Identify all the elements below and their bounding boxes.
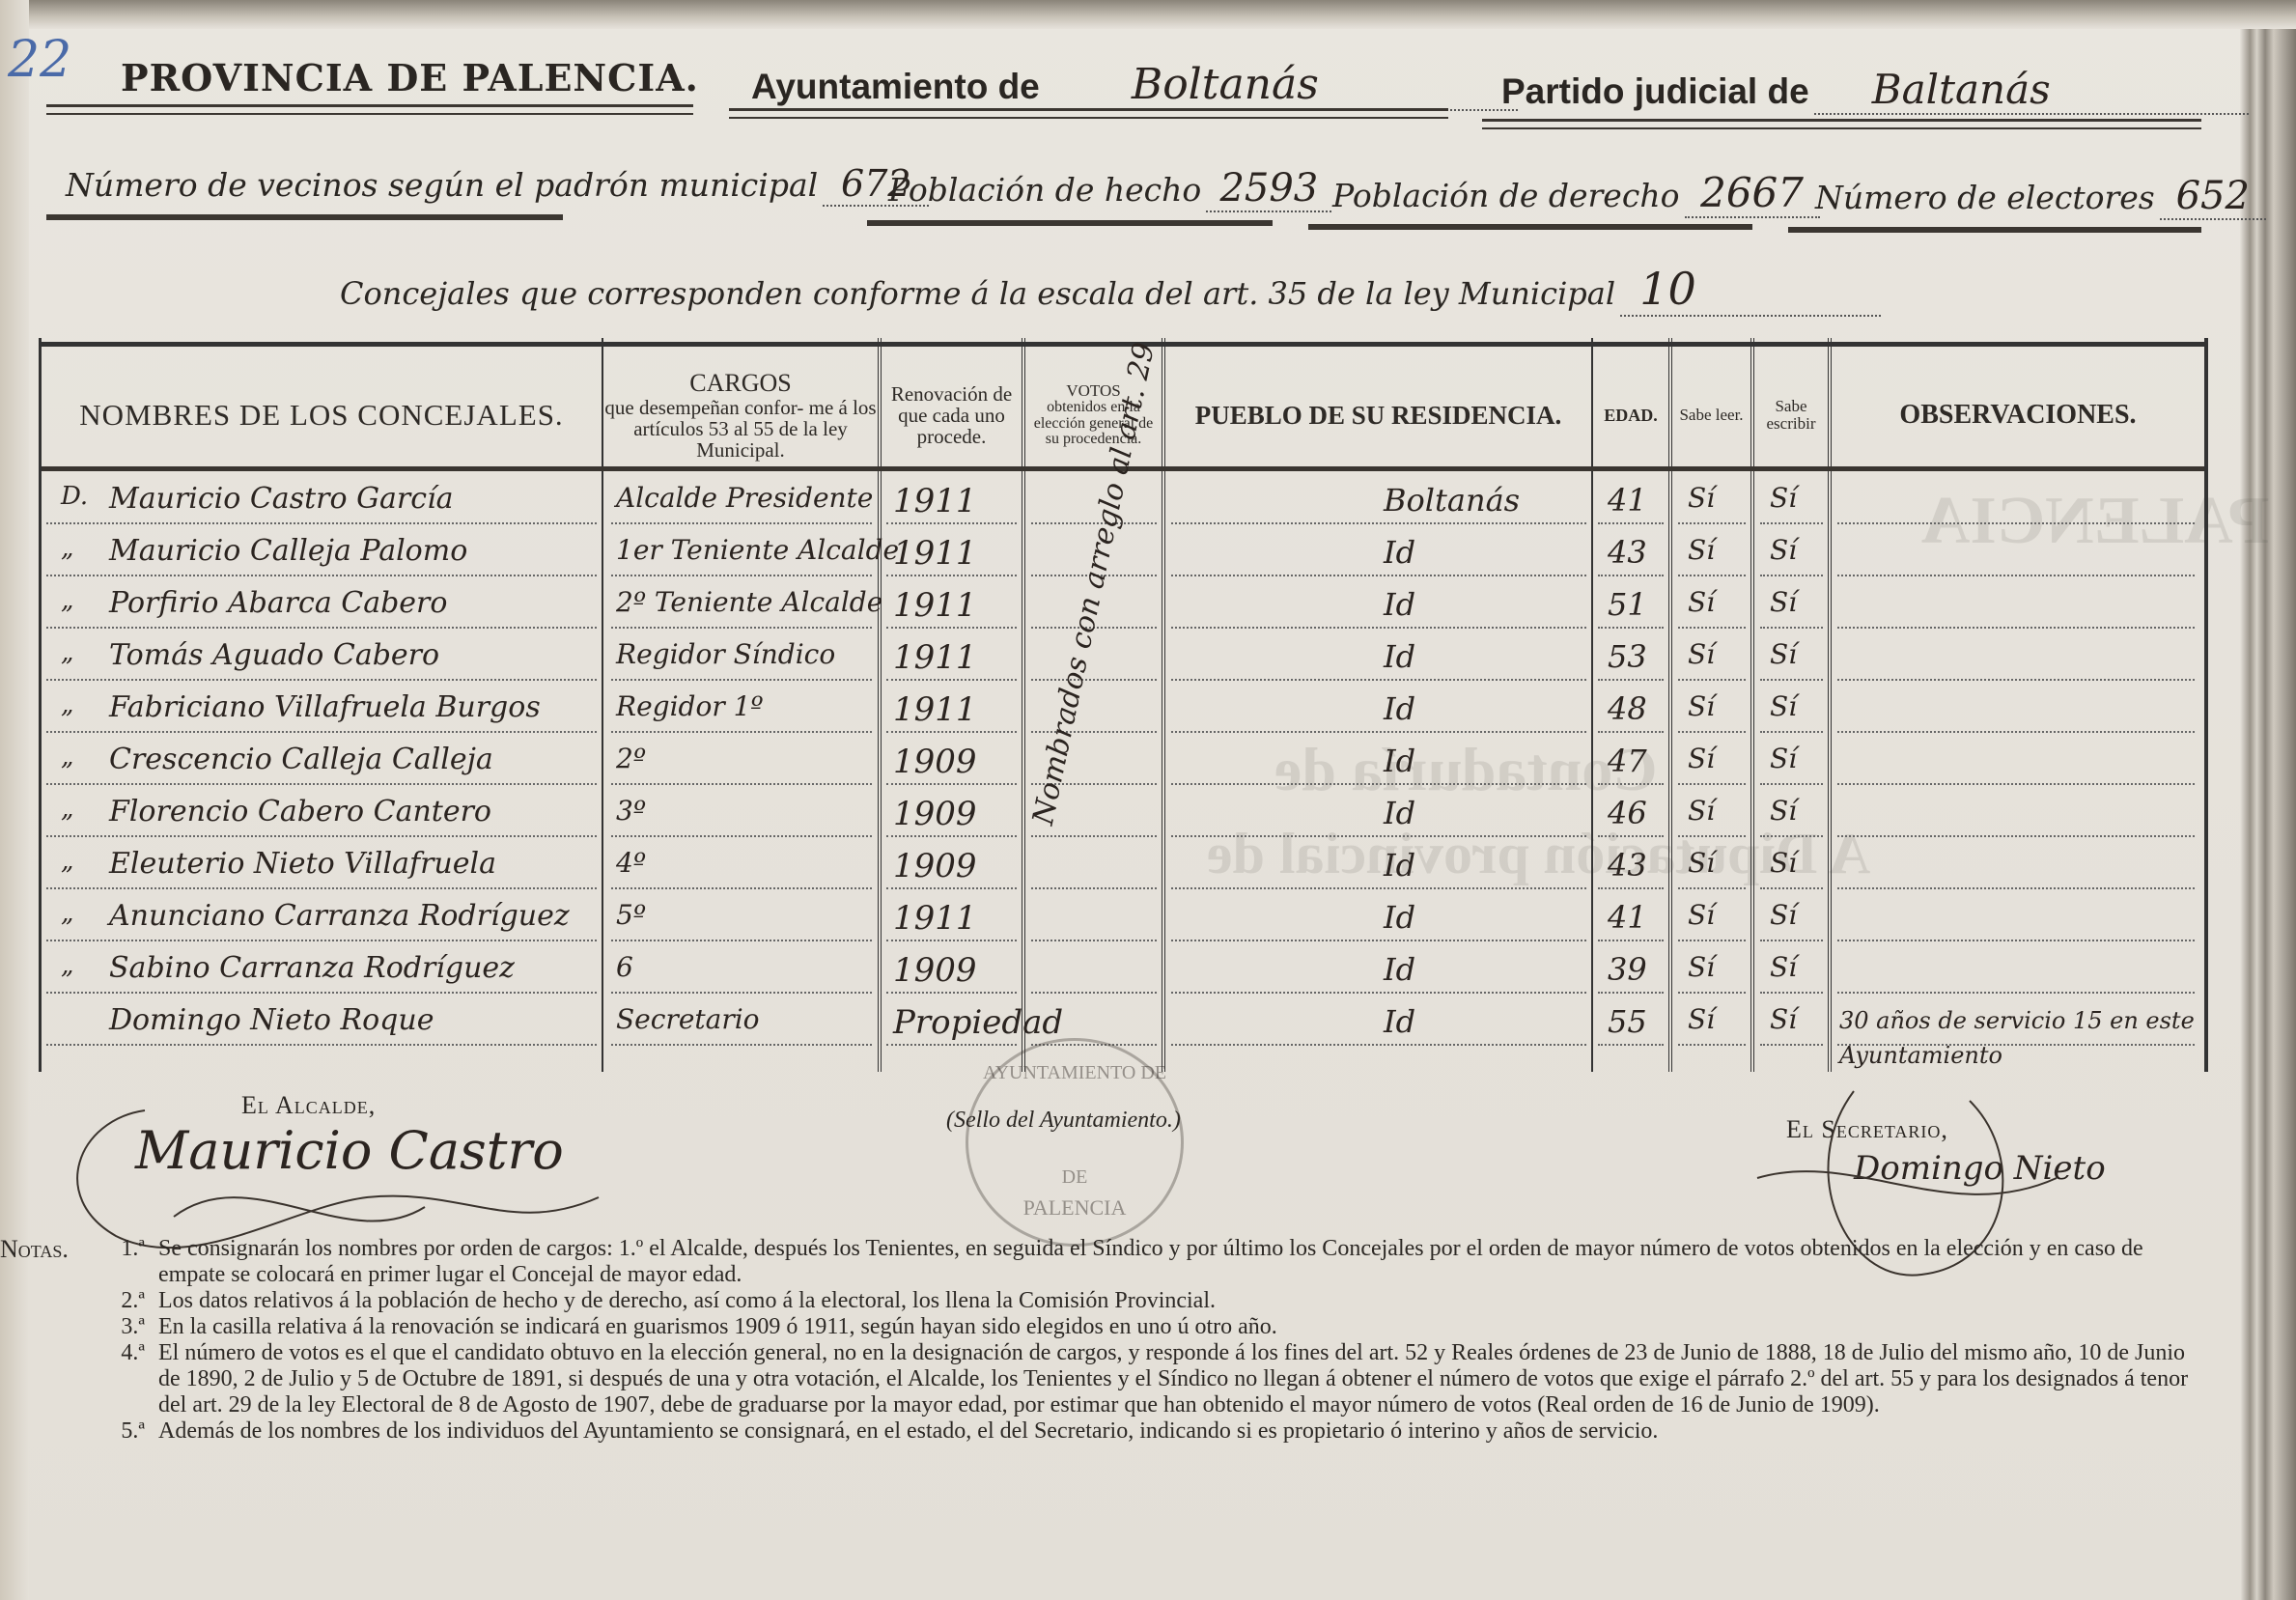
column-divider	[2204, 338, 2208, 1072]
row-dotted-line	[1837, 522, 2195, 524]
councillor-sabe-escribir: Sí	[1770, 638, 1797, 670]
councillor-pueblo: Id	[1384, 743, 1415, 779]
councillor-name: Porfirio Abarca Cabero	[109, 586, 447, 620]
row-dotted-line	[611, 522, 872, 524]
note-text: Se consignarán los nombres por orden de …	[158, 1236, 2211, 1288]
councillor-sabe-leer: Sí	[1688, 951, 1715, 983]
row-dotted-line	[886, 835, 1017, 837]
row-dotted-line	[46, 522, 597, 524]
row-dotted-line	[611, 940, 872, 941]
row-dotted-line	[1598, 887, 1664, 889]
councillor-sabe-leer: Sí	[1688, 899, 1715, 931]
row-dotted-line	[1171, 835, 1586, 837]
partido-judicial-field: Partido judicial de Baltanás	[1501, 66, 2249, 115]
councillor-cargo: Secretario	[616, 1003, 760, 1035]
derecho-label: Población de derecho	[1332, 177, 1679, 214]
councillor-sabe-escribir: Sí	[1770, 1003, 1797, 1035]
councillor-pueblo: Id	[1384, 951, 1415, 988]
cargos-subtitle: que desempeñan confor- me á los artículo…	[603, 397, 878, 461]
row-dotted-line	[1598, 1044, 1664, 1046]
councillor-cargo: 1er Teniente Alcalde	[616, 534, 899, 566]
row-dotted-line	[1837, 835, 2195, 837]
row-dotted-line	[1760, 679, 1823, 681]
row-dotted-line	[1171, 731, 1586, 733]
councillor-edad: 53	[1608, 638, 1647, 675]
row-dotted-line	[611, 992, 872, 994]
row-dotted-line	[886, 783, 1017, 785]
councillor-name: Mauricio Castro García	[109, 482, 454, 516]
row-dotted-line	[611, 731, 872, 733]
derecho-value: 2667	[1685, 169, 1820, 218]
councillor-cargo: 2º Teniente Alcalde	[616, 586, 882, 618]
row-dotted-line	[1837, 992, 2195, 994]
row-dotted-line	[1171, 1044, 1586, 1046]
councillor-pueblo: Id	[1384, 1003, 1415, 1040]
book-top-edge	[0, 0, 2296, 29]
councillor-renovacion: 1909	[893, 951, 977, 990]
row-dotted-line	[46, 679, 597, 681]
note-item: 4.ªEl número de votos es el que el candi…	[58, 1340, 2211, 1418]
row-dotted-line	[1031, 679, 1157, 681]
row-dotted-line	[1678, 679, 1746, 681]
councillor-sabe-escribir: Sí	[1770, 690, 1797, 722]
councillor-sabe-leer: Sí	[1688, 743, 1715, 774]
notes-section: Notas. 1.ªSe consignarán los nombres por…	[58, 1236, 2211, 1445]
councillor-name: Tomás Aguado Cabero	[109, 638, 439, 672]
councillor-sabe-escribir: Sí	[1770, 586, 1797, 618]
row-dotted-line	[1678, 1044, 1746, 1046]
row-dotted-line	[1678, 887, 1746, 889]
row-prefix: „	[61, 899, 73, 928]
row-dotted-line	[886, 1044, 1017, 1046]
row-dotted-line	[886, 522, 1017, 524]
councillor-pueblo: Id	[1384, 795, 1415, 831]
book-page-edges	[2240, 29, 2296, 1600]
councillor-renovacion: Propiedad	[893, 1003, 1063, 1042]
row-dotted-line	[1760, 940, 1823, 941]
row-dotted-line	[1598, 679, 1664, 681]
row-dotted-line	[886, 575, 1017, 576]
row-dotted-line	[1760, 731, 1823, 733]
row-dotted-line	[611, 627, 872, 629]
row-dotted-line	[1678, 835, 1746, 837]
row-dotted-line	[1171, 992, 1586, 994]
councillor-edad: 41	[1608, 482, 1647, 519]
councillor-pueblo: Id	[1384, 586, 1415, 623]
councillor-edad: 51	[1608, 586, 1647, 623]
row-dotted-line	[886, 731, 1017, 733]
row-prefix: „	[61, 638, 73, 667]
stamp-text-mid: DE	[968, 1166, 1181, 1189]
row-dotted-line	[1678, 940, 1746, 941]
note-number: 4.ª	[58, 1340, 158, 1418]
row-dotted-line	[1678, 575, 1746, 576]
councillor-sabe-leer: Sí	[1688, 847, 1715, 879]
councillor-edad: 47	[1608, 743, 1647, 779]
row-dotted-line	[1598, 575, 1664, 576]
councillor-renovacion: 1911	[893, 690, 977, 729]
header-observaciones: OBSERVACIONES.	[1832, 357, 2204, 473]
row-prefix: „	[61, 847, 73, 876]
row-dotted-line	[611, 835, 872, 837]
row-dotted-line	[1837, 679, 2195, 681]
partido-label: Partido judicial de	[1501, 71, 1809, 111]
councillor-name: Domingo Nieto Roque	[109, 1003, 434, 1037]
stamp-text-bottom: PALENCIA	[968, 1195, 1181, 1221]
councillor-sabe-escribir: Sí	[1770, 795, 1797, 827]
row-prefix: „	[61, 951, 73, 980]
councillor-cargo: 3º	[616, 795, 646, 827]
header-nombres: NOMBRES DE LOS CONCEJALES.	[42, 357, 602, 473]
councillor-sabe-leer: Sí	[1688, 1003, 1715, 1035]
vecinos-label: Número de vecinos según el padrón munici…	[66, 166, 818, 204]
header-sabe-escribir: Sabe escribir	[1754, 357, 1828, 473]
header-rule	[729, 108, 1448, 119]
row-dotted-line	[1837, 575, 2195, 576]
poblacion-hecho-field: Población de hecho 2593	[888, 166, 1331, 212]
note-item: 2.ªLos datos relativos á la población de…	[58, 1288, 2211, 1314]
row-prefix: D.	[61, 482, 88, 511]
councillor-cargo: 4º	[616, 847, 646, 879]
councillor-sabe-leer: Sí	[1688, 482, 1715, 514]
stamp-text-top: AYUNTAMIENTO DE	[968, 1062, 1181, 1084]
row-dotted-line	[611, 1044, 872, 1046]
cargos-title: CARGOS	[689, 370, 791, 396]
councillor-sabe-leer: Sí	[1688, 586, 1715, 618]
note-text: El número de votos es el que el candidat…	[158, 1340, 2211, 1418]
councillor-edad: 55	[1608, 1003, 1647, 1040]
partido-value: Baltanás	[1814, 66, 2249, 115]
councillor-cargo: 2º	[616, 743, 646, 774]
councillor-sabe-escribir: Sí	[1770, 743, 1797, 774]
councillor-cargo: Regidor 1º	[616, 690, 764, 722]
councillor-cargo: 6	[616, 951, 633, 983]
councillor-renovacion: 1909	[893, 795, 977, 833]
note-item: 5.ªAdemás de los nombres de los individu…	[58, 1418, 2211, 1445]
header-rule	[1482, 119, 2201, 129]
votos-title: VOTOS	[1066, 382, 1120, 400]
row-dotted-line	[1837, 627, 2195, 629]
row-dotted-line	[1598, 992, 1664, 994]
row-dotted-line	[1760, 992, 1823, 994]
councillor-name: Mauricio Calleja Palomo	[109, 534, 467, 568]
row-dotted-line	[46, 940, 597, 941]
note-text: En la casilla relativa á la renovación s…	[158, 1314, 2211, 1340]
row-dotted-line	[1598, 627, 1664, 629]
councillor-pueblo: Id	[1384, 534, 1415, 571]
row-dotted-line	[1837, 940, 2195, 941]
row-dotted-line	[886, 992, 1017, 994]
councillor-sabe-leer: Sí	[1688, 534, 1715, 566]
row-dotted-line	[1678, 627, 1746, 629]
row-prefix: „	[61, 586, 73, 615]
province-title: PROVINCIA DE PALENCIA.	[121, 56, 699, 99]
row-dotted-line	[611, 783, 872, 785]
hecho-label: Población de hecho	[888, 171, 1201, 209]
row-prefix: „	[61, 690, 73, 719]
header-cargos: CARGOS que desempeñan confor- me á los a…	[603, 357, 878, 473]
row-dotted-line	[46, 887, 597, 889]
stats-rule	[1788, 227, 2201, 233]
electores-label: Número de electores	[1815, 179, 2155, 216]
row-dotted-line	[1678, 783, 1746, 785]
councillor-renovacion: 1911	[893, 899, 977, 938]
row-dotted-line	[886, 627, 1017, 629]
councillor-edad: 39	[1608, 951, 1647, 988]
councillor-pueblo: Id	[1384, 638, 1415, 675]
header-edad: EDAD.	[1593, 357, 1668, 473]
notes-label: Notas.	[0, 1236, 135, 1262]
row-dotted-line	[1171, 679, 1586, 681]
row-dotted-line	[1598, 835, 1664, 837]
councillor-renovacion: 1911	[893, 638, 977, 677]
councillor-renovacion: 1911	[893, 586, 977, 625]
row-dotted-line	[1837, 783, 2195, 785]
councillor-sabe-escribir: Sí	[1770, 534, 1797, 566]
row-dotted-line	[1031, 940, 1157, 941]
councillor-pueblo: Boltanás	[1384, 482, 1520, 519]
row-dotted-line	[46, 783, 597, 785]
row-dotted-line	[1598, 783, 1664, 785]
row-dotted-line	[1837, 887, 2195, 889]
row-dotted-line	[46, 835, 597, 837]
councillor-name: Anunciano Carranza Rodríguez	[109, 899, 570, 933]
councillor-sabe-escribir: Sí	[1770, 482, 1797, 514]
note-number: 2.ª	[58, 1288, 158, 1314]
row-dotted-line	[1760, 627, 1823, 629]
poblacion-derecho-field: Población de derecho 2667	[1332, 169, 1820, 218]
row-dotted-line	[1171, 940, 1586, 941]
councillor-pueblo: Id	[1384, 899, 1415, 936]
row-dotted-line	[1760, 835, 1823, 837]
councillor-pueblo: Id	[1384, 690, 1415, 727]
row-dotted-line	[46, 992, 597, 994]
concejales-table: NOMBRES DE LOS CONCEJALES. CARGOS que de…	[39, 338, 2204, 1072]
row-dotted-line	[1678, 992, 1746, 994]
row-dotted-line	[1171, 522, 1586, 524]
note-item: 1.ªSe consignarán los nombres por orden …	[58, 1236, 2211, 1288]
table-top-rule	[42, 342, 2204, 347]
concejales-count-field: Concejales que corresponden conforme á l…	[340, 263, 1881, 317]
row-prefix: „	[61, 795, 73, 824]
stats-rule	[46, 214, 563, 220]
row-dotted-line	[1760, 887, 1823, 889]
header-pueblo: PUEBLO DE SU RESIDENCIA.	[1165, 357, 1591, 473]
row-dotted-line	[1171, 627, 1586, 629]
book-binding	[0, 0, 29, 1600]
row-dotted-line	[1760, 783, 1823, 785]
row-dotted-line	[1678, 731, 1746, 733]
councillor-edad: 41	[1608, 899, 1647, 936]
row-dotted-line	[611, 679, 872, 681]
row-dotted-line	[1598, 940, 1664, 941]
councillor-sabe-leer: Sí	[1688, 690, 1715, 722]
stats-rule	[867, 220, 1273, 226]
row-dotted-line	[886, 679, 1017, 681]
note-number: 3.ª	[58, 1314, 158, 1340]
councillor-name: Crescencio Calleja Calleja	[109, 743, 493, 776]
concejales-label: Concejales que corresponden conforme á l…	[340, 275, 1615, 312]
note-item: 3.ªEn la casilla relativa á la renovació…	[58, 1314, 2211, 1340]
councillor-sabe-escribir: Sí	[1770, 951, 1797, 983]
row-prefix: „	[61, 534, 73, 563]
row-dotted-line	[1171, 887, 1586, 889]
row-dotted-line	[1171, 575, 1586, 576]
note-text: Los datos relativos á la población de he…	[158, 1288, 2211, 1314]
row-prefix: „	[61, 743, 73, 772]
councillor-pueblo: Id	[1384, 847, 1415, 884]
row-dotted-line	[611, 887, 872, 889]
councillor-cargo: Alcalde Presidente	[616, 482, 873, 514]
councillor-name: Florencio Cabero Cantero	[109, 795, 491, 828]
row-dotted-line	[1837, 731, 2195, 733]
vecinos-field: Número de vecinos según el padrón munici…	[66, 162, 929, 207]
councillor-sabe-leer: Sí	[1688, 638, 1715, 670]
councillor-renovacion: 1909	[893, 847, 977, 885]
councillor-sabe-leer: Sí	[1688, 795, 1715, 827]
councillor-edad: 48	[1608, 690, 1647, 727]
row-dotted-line	[1031, 992, 1157, 994]
hecho-value: 2593	[1206, 166, 1331, 212]
councillor-cargo: 5º	[616, 899, 646, 931]
row-dotted-line	[46, 575, 597, 576]
councillor-renovacion: 1911	[893, 482, 977, 520]
councillor-renovacion: 1909	[893, 743, 977, 781]
header-renovacion: Renovación de que cada uno procede.	[882, 357, 1022, 473]
concejales-value: 10	[1620, 263, 1881, 317]
row-dotted-line	[46, 627, 597, 629]
ayuntamiento-value: Boltanás	[1045, 60, 1518, 111]
row-dotted-line	[46, 731, 597, 733]
header-rule	[46, 104, 693, 115]
notes-list: 1.ªSe consignarán los nombres por orden …	[58, 1236, 2211, 1445]
row-dotted-line	[611, 575, 872, 576]
councillor-edad: 43	[1608, 534, 1647, 571]
councillor-name: Eleuterio Nieto Villafruela	[109, 847, 496, 881]
councillor-cargo: Regidor Síndico	[616, 638, 835, 670]
row-dotted-line	[886, 887, 1017, 889]
councillor-edad: 46	[1608, 795, 1647, 831]
document-page: PALENCIA Contaduría de A Diputación prov…	[0, 0, 2296, 1600]
ayuntamiento-label: Ayuntamiento de	[751, 67, 1040, 106]
row-dotted-line	[886, 940, 1017, 941]
row-dotted-line	[1171, 783, 1586, 785]
row-dotted-line	[46, 1044, 597, 1046]
ayuntamiento-field: Ayuntamiento de Boltanás	[751, 60, 1518, 111]
electores-value: 652	[2160, 174, 2266, 220]
row-dotted-line	[1760, 1044, 1823, 1046]
page-number: 22	[8, 31, 71, 89]
councillor-sabe-escribir: Sí	[1770, 847, 1797, 879]
row-dotted-line	[1760, 522, 1823, 524]
row-dotted-line	[1031, 835, 1157, 837]
ayuntamiento-stamp: AYUNTAMIENTO DE DE PALENCIA	[966, 1038, 1184, 1247]
councillor-edad: 43	[1608, 847, 1647, 884]
header-sabe-leer: Sabe leer.	[1672, 357, 1750, 473]
councillor-renovacion: 1911	[893, 534, 977, 573]
row-dotted-line	[1598, 522, 1664, 524]
row-dotted-line	[1598, 731, 1664, 733]
electores-field: Número de electores 652	[1815, 174, 2266, 220]
councillor-name: Sabino Carranza Rodríguez	[109, 951, 515, 985]
alcalde-flourish-icon	[58, 1091, 657, 1255]
row-dotted-line	[1678, 522, 1746, 524]
councillor-sabe-escribir: Sí	[1770, 899, 1797, 931]
note-text: Además de los nombres de los individuos …	[158, 1418, 2211, 1445]
row-dotted-line	[1760, 575, 1823, 576]
stats-rule	[1308, 224, 1752, 230]
councillor-name: Fabriciano Villafruela Burgos	[109, 690, 541, 724]
row-dotted-line	[1031, 887, 1157, 889]
note-number: 5.ª	[58, 1418, 158, 1445]
